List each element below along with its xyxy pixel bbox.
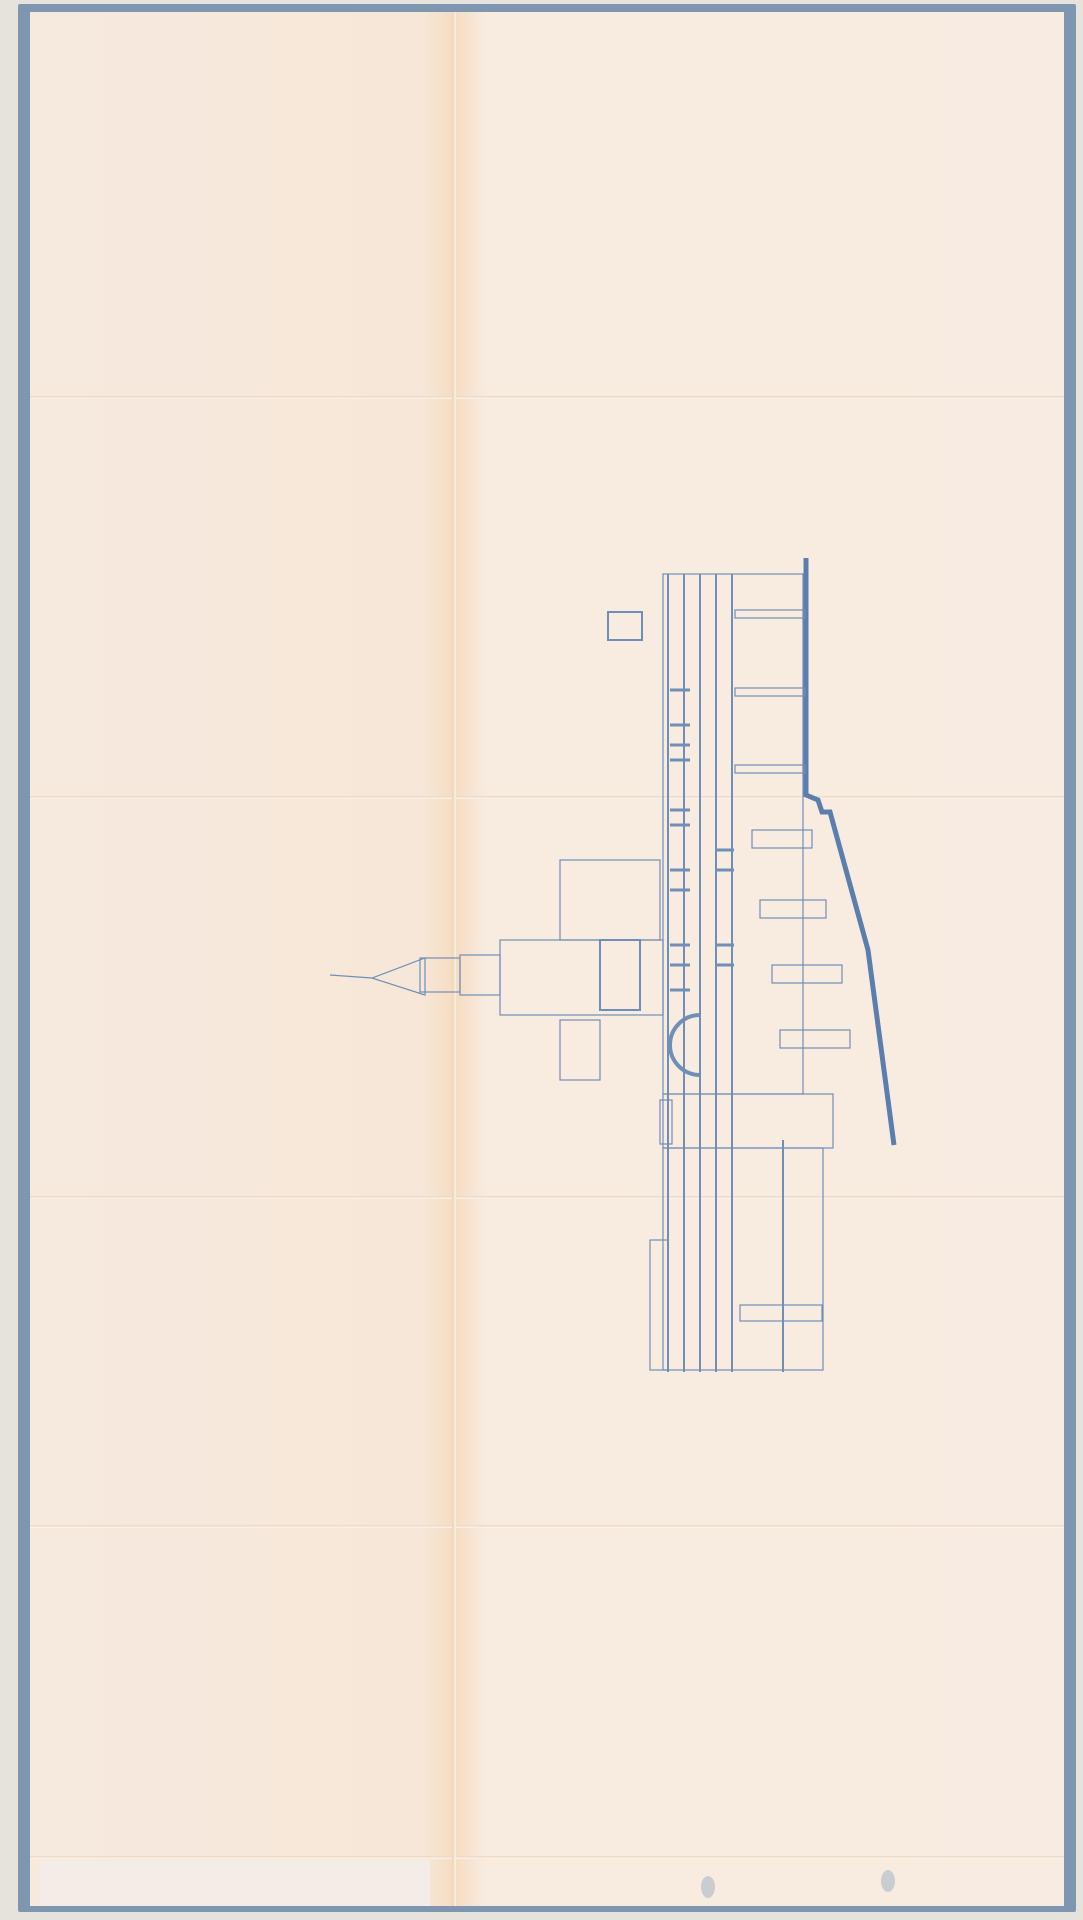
ground-line [806,558,894,1145]
architectural-drawing [0,0,1083,1920]
